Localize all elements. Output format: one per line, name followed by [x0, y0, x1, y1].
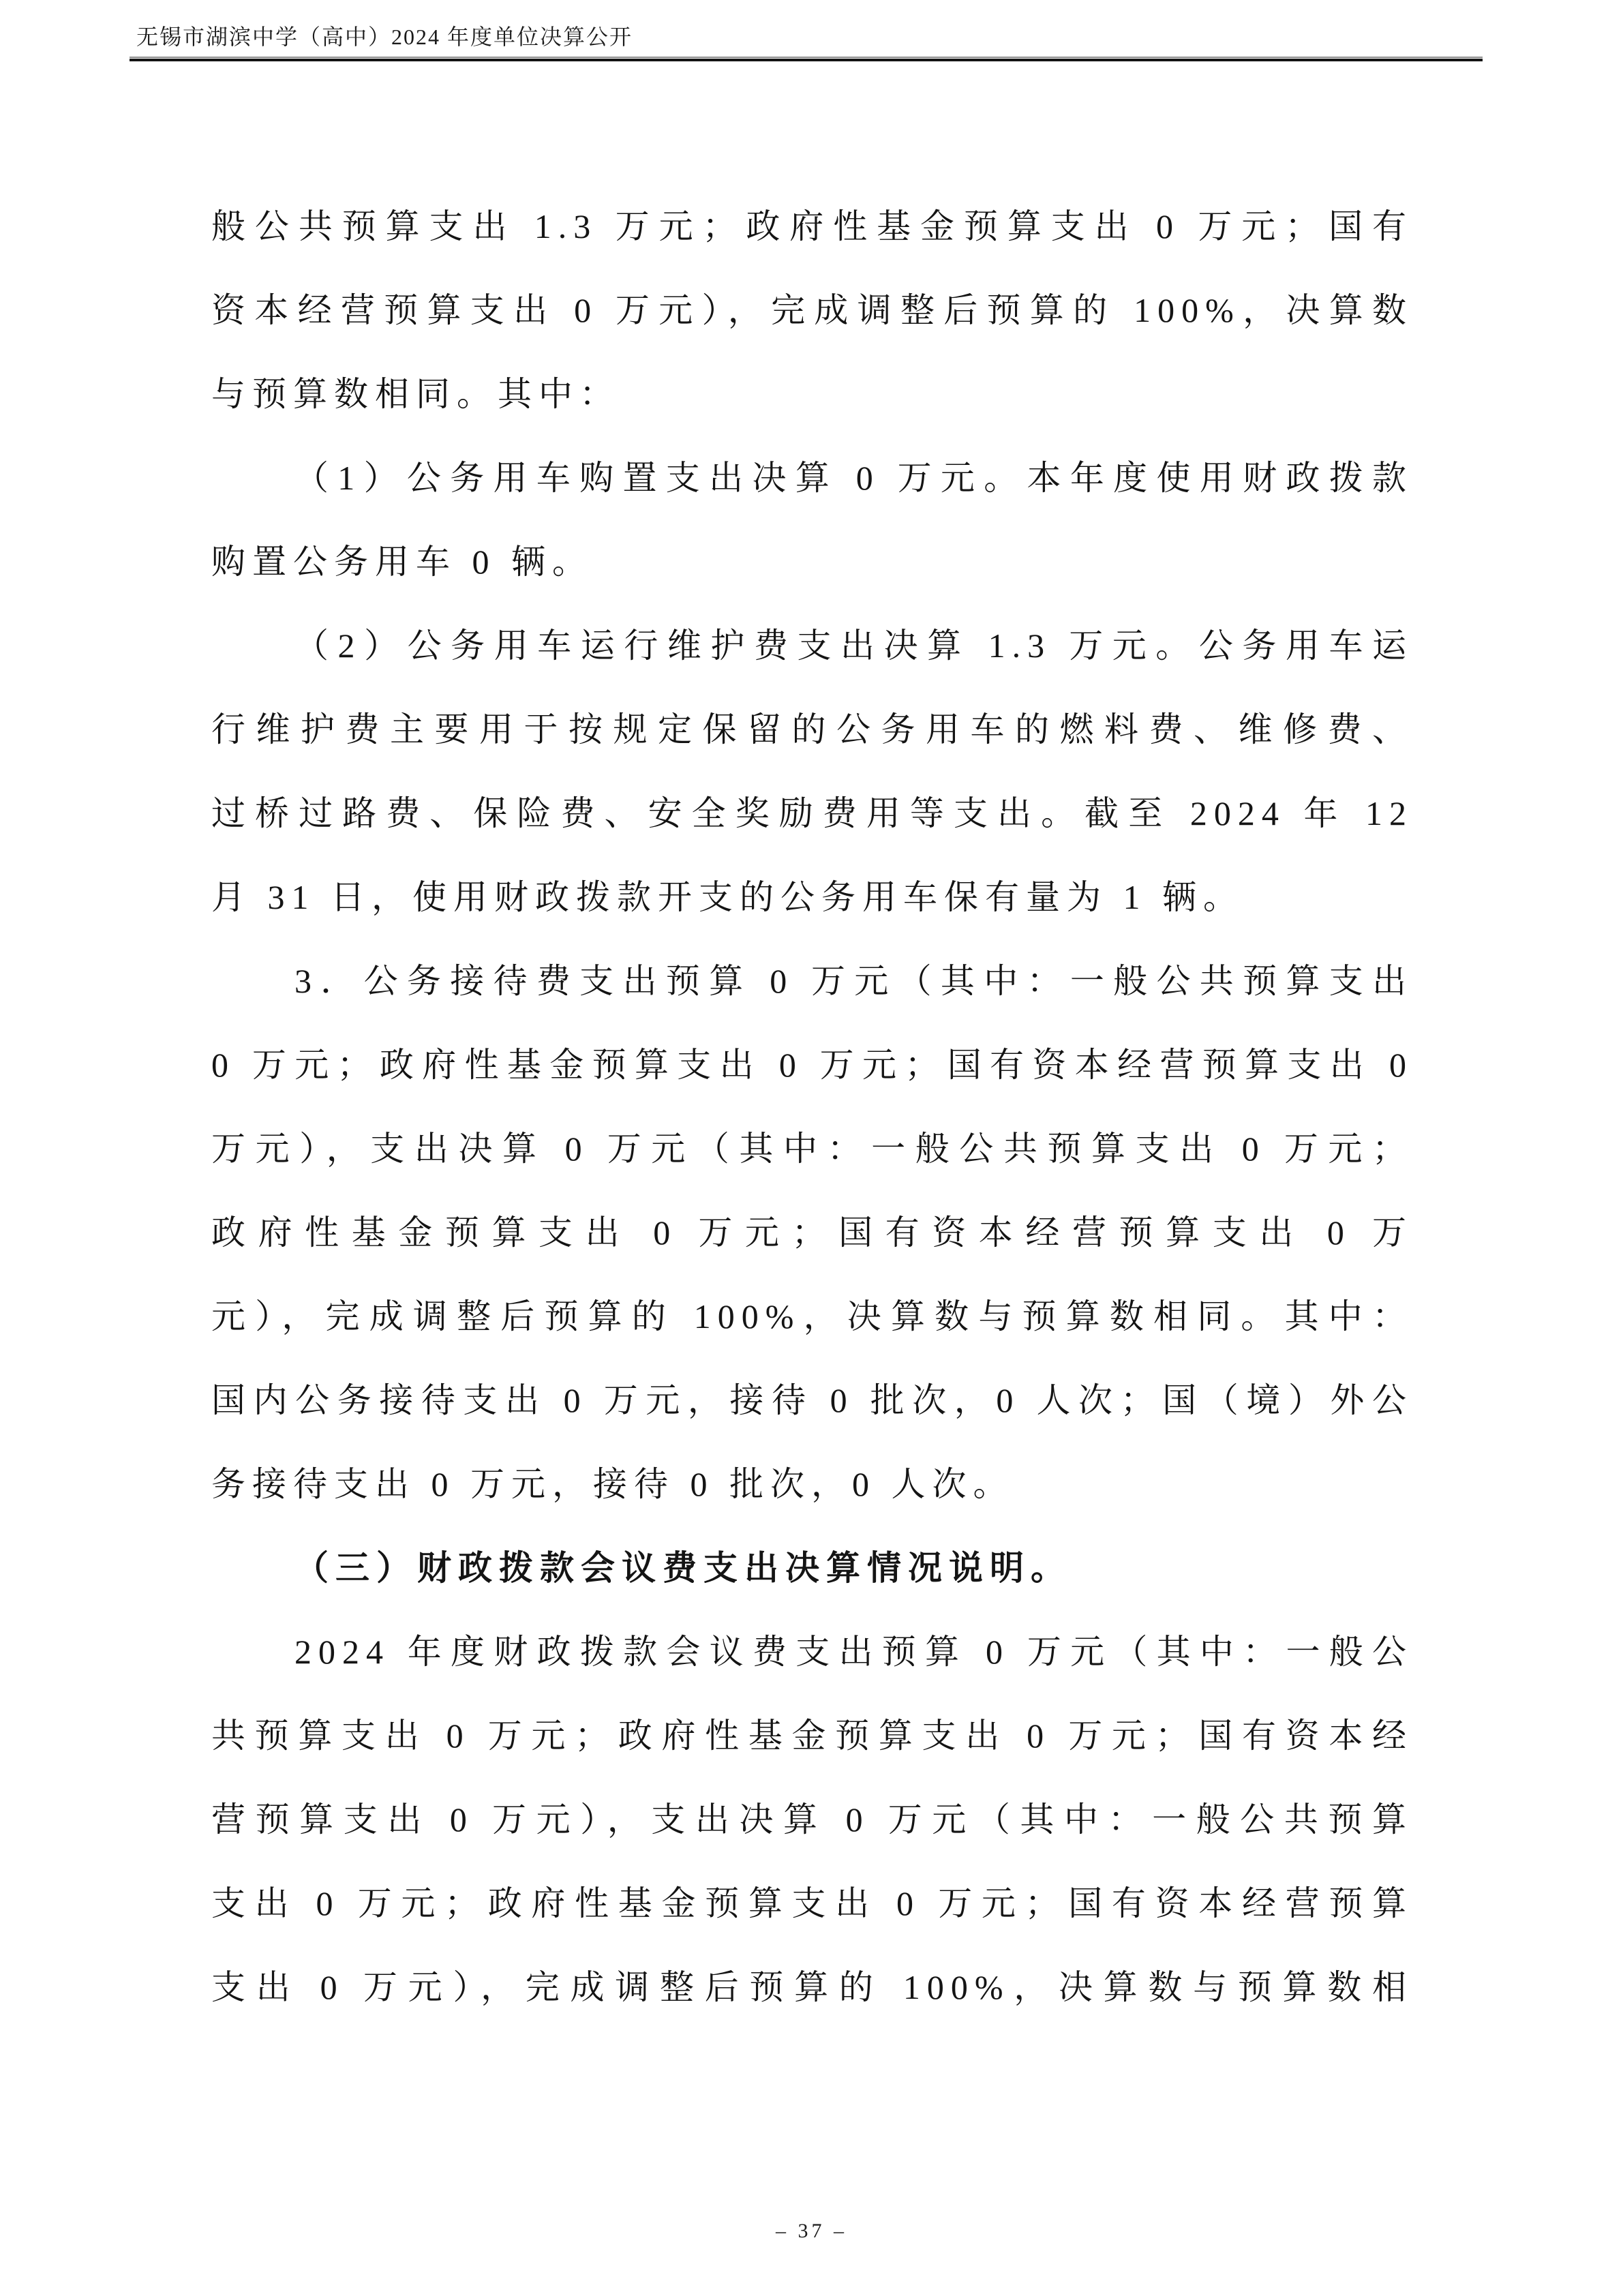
paragraph-line: 般公共预算支出 1.3 万元；政府性基金预算支出 0 万元；国有	[211, 185, 1413, 269]
paragraph-line: 国内公务接待支出 0 万元，接待 0 批次，0 人次；国（境）外公	[211, 1359, 1413, 1442]
paragraph-line: 过桥过路费、保险费、安全奖励费用等支出。截至 2024 年 12	[211, 772, 1413, 856]
paragraph-line: （2）公务用车运行维护费支出决算 1.3 万元。公务用车运	[211, 604, 1413, 688]
paragraph-line: 行维护费主要用于按规定保留的公务用车的燃料费、维修费、	[211, 688, 1413, 772]
page-footer: – 37 –	[0, 2218, 1623, 2245]
paragraph-line: 资本经营预算支出 0 万元），完成调整后预算的 100%，决算数	[211, 269, 1413, 352]
header-rule	[130, 57, 1483, 61]
paragraph-line: 支出 0 万元；政府性基金预算支出 0 万元；国有资本经营预算	[211, 1862, 1413, 1946]
paragraph-line: 元），完成调整后预算的 100%，决算数与预算数相同。其中：	[211, 1275, 1413, 1359]
header-title: 无锡市湖滨中学（高中）2024 年度单位决算公开	[136, 23, 633, 50]
paragraph-line: 3．公务接待费支出预算 0 万元（其中：一般公共预算支出	[211, 939, 1413, 1023]
document-page: 无锡市湖滨中学（高中）2024 年度单位决算公开 般公共预算支出 1.3 万元；…	[0, 0, 1623, 2296]
paragraph-line: （1）公务用车购置支出决算 0 万元。本年度使用财政拨款	[211, 436, 1413, 520]
paragraph-line: 购置公务用车 0 辆。	[211, 520, 1413, 604]
section-heading-line: （三）财政拨款会议费支出决算情况说明。	[211, 1526, 1413, 1610]
page-number: – 37 –	[776, 2220, 847, 2242]
paragraph-line: 月 31 日，使用财政拨款开支的公务用车保有量为 1 辆。	[211, 856, 1413, 939]
document-body: 般公共预算支出 1.3 万元；政府性基金预算支出 0 万元；国有资本经营预算支出…	[211, 185, 1413, 2029]
paragraph-line: 务接待支出 0 万元，接待 0 批次，0 人次。	[211, 1442, 1413, 1526]
paragraph-line: 支出 0 万元），完成调整后预算的 100%，决算数与预算数相	[211, 1946, 1413, 2029]
paragraph-line: 0 万元；政府性基金预算支出 0 万元；国有资本经营预算支出 0	[211, 1023, 1413, 1107]
paragraph-line: 营预算支出 0 万元），支出决算 0 万元（其中：一般公共预算	[211, 1778, 1413, 1862]
paragraph-line: 共预算支出 0 万元；政府性基金预算支出 0 万元；国有资本经	[211, 1694, 1413, 1778]
paragraph-line: 与预算数相同。其中：	[211, 352, 1413, 436]
paragraph-line: 政府性基金预算支出 0 万元；国有资本经营预算支出 0 万	[211, 1191, 1413, 1275]
paragraph-line: 2024 年度财政拨款会议费支出预算 0 万元（其中：一般公	[211, 1610, 1413, 1694]
paragraph-line: 万元），支出决算 0 万元（其中：一般公共预算支出 0 万元；	[211, 1107, 1413, 1191]
